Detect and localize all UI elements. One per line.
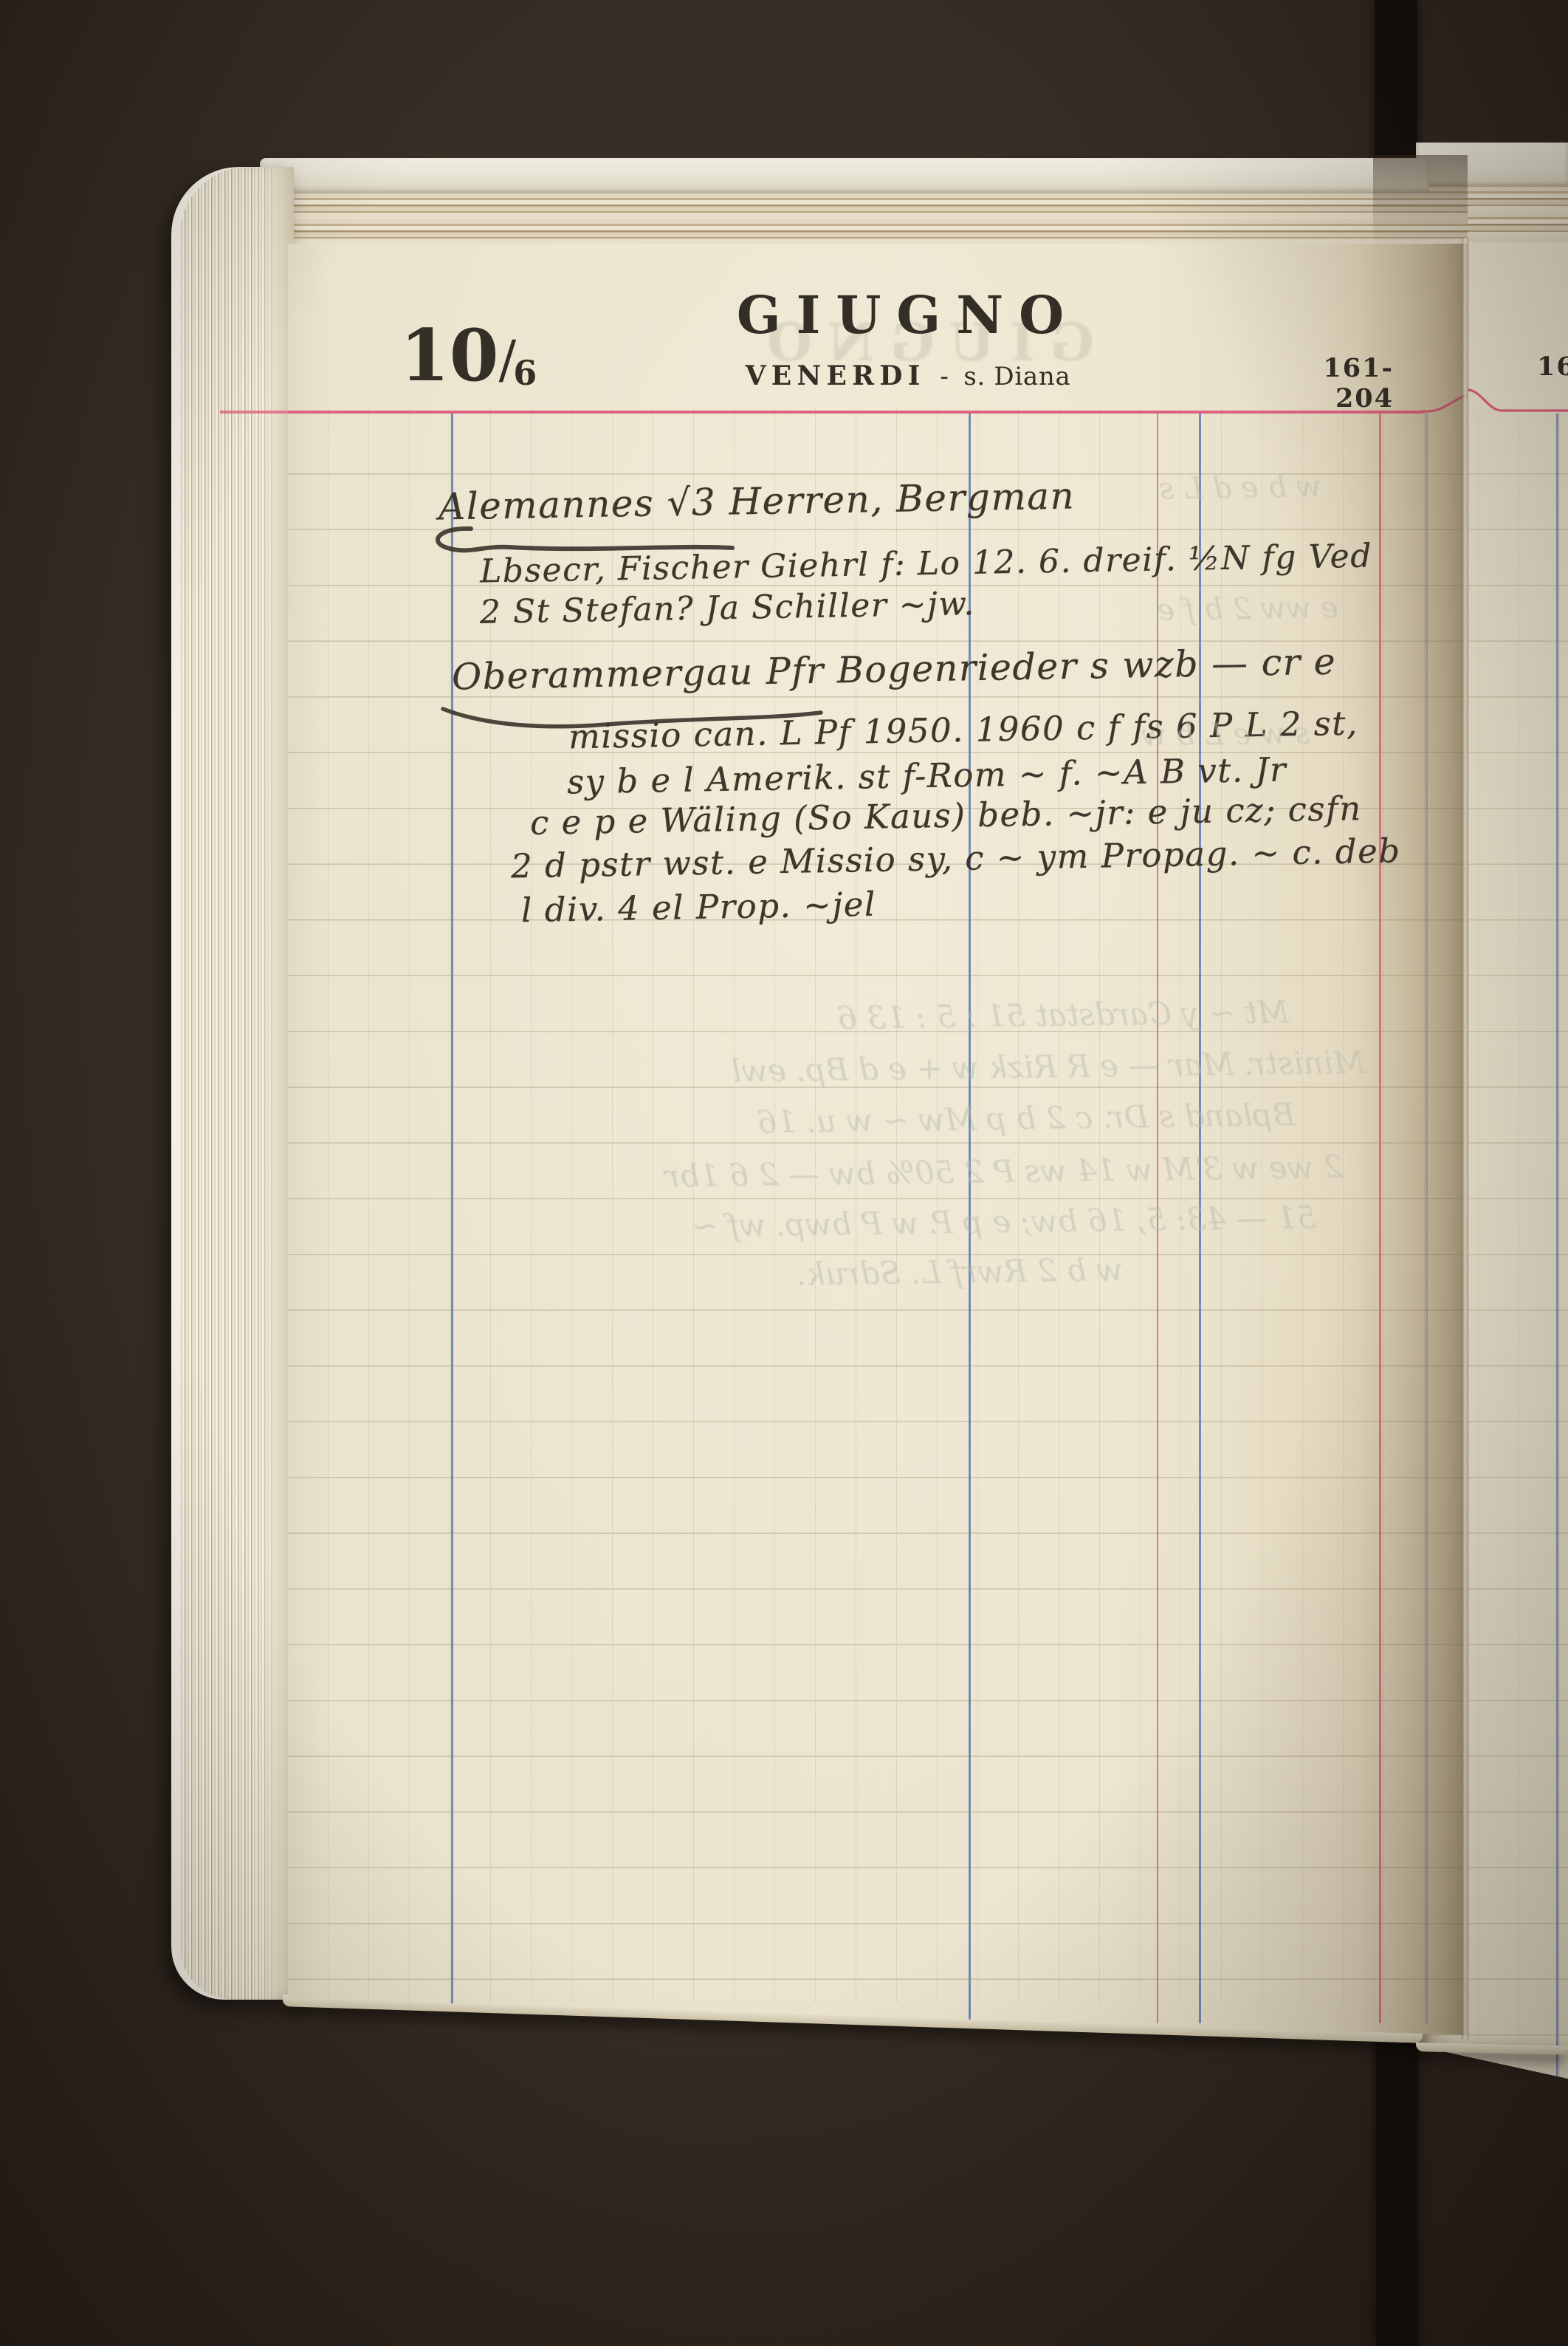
- bleedthrough-fragment: s w e L b w: [1070, 716, 1381, 754]
- book-left-page-stack: [171, 167, 294, 2000]
- diary-page: GIUGNO GIUGNO 10/6 VENERDI - s. Diana 16…: [288, 244, 1468, 2038]
- page-gutter-shading: [1357, 244, 1468, 2038]
- bleedthrough-fragment: w b e d L s: [1085, 469, 1396, 507]
- weekday-separator: -: [940, 362, 949, 391]
- gutter-gap-bottom: [1376, 2025, 1417, 2346]
- weekday-line: VENERDI - s. Diana: [687, 360, 1129, 391]
- entry1-underline-stroke: [427, 526, 744, 558]
- book-top-page-stack: [254, 193, 1468, 245]
- day-number: 10/6: [400, 320, 540, 391]
- bleedthrough-line: w b 2 Rwrf L. Sdruk.: [701, 1250, 1219, 1294]
- bleedthrough-fragment: e ww 2 b f e: [1100, 590, 1396, 628]
- blue-rule-1: [451, 414, 453, 2023]
- pink-line-over-stack: [220, 411, 288, 414]
- right-page-day-range-partial: 16: [1537, 351, 1568, 382]
- entry2-underline-stroke: [440, 703, 828, 733]
- photo-stage: 16 GIUGNO GIUGNO 10/6 VENERDI -: [0, 0, 1568, 2346]
- entry2-line6: l div. 4 el Prop. ~jel: [521, 885, 877, 930]
- weekday-name: VENERDI: [746, 360, 926, 391]
- book-top-edge: [260, 158, 1429, 193]
- bleedthrough-line: Mt ~ y Cardstat 51 : 5 : 13 6: [805, 993, 1322, 1037]
- gutter-crease: [1462, 238, 1469, 2040]
- gutter-gap-top: [1375, 0, 1417, 161]
- month-title: GIUGNO: [687, 284, 1129, 346]
- right-page-blue-rule: [1556, 414, 1558, 2079]
- pink-header-line: [288, 411, 1425, 414]
- day-of-year-range: 161-204: [1270, 353, 1394, 414]
- saint-of-day: s. Diana: [963, 362, 1070, 391]
- day-number-value: 10: [400, 314, 499, 397]
- day-month-small: 6: [513, 353, 537, 393]
- gutter-fold-shadow: [1373, 155, 1468, 251]
